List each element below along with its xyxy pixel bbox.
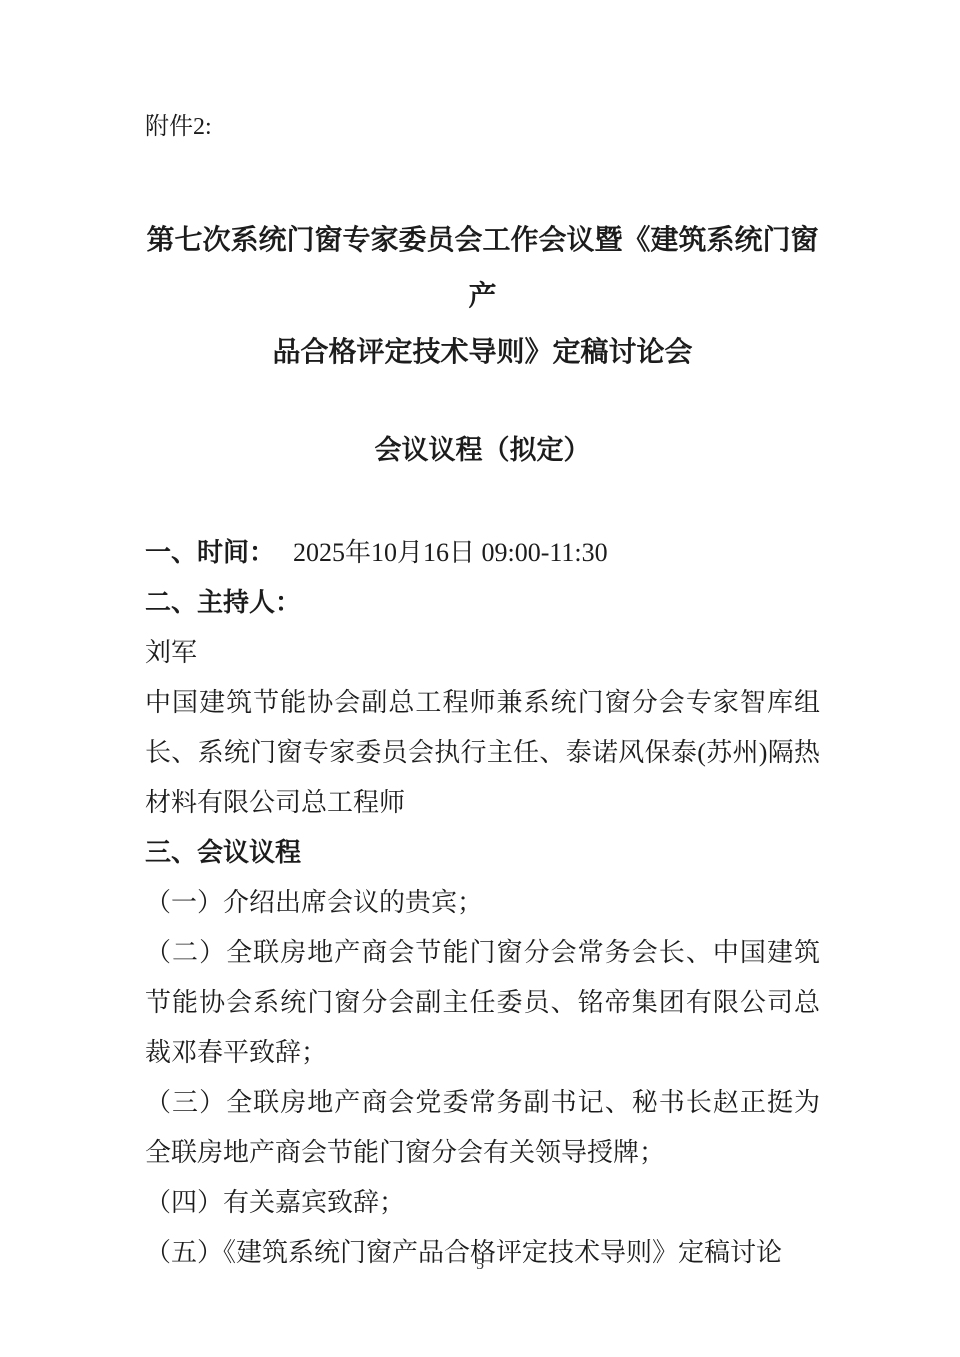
document-title: 第七次系统门窗专家委员会工作会议暨《建筑系统门窗产 品合格评定技术导则》定稿讨论… — [145, 213, 820, 381]
agenda-item-2: （二）全联房地产商会节能门窗分会常务会长、中国建筑节能协会系统门窗分会副主任委员… — [145, 928, 820, 1078]
host-label: 二、主持人： — [145, 588, 301, 617]
page-number: 5 — [0, 1255, 960, 1275]
attachment-label: 附件2: — [145, 112, 820, 142]
time-value: 2025年10月16日 09:00-11:30 — [293, 538, 608, 567]
agenda-label: 三、会议议程 — [145, 838, 301, 867]
agenda-section-label: 三、会议议程 — [145, 828, 820, 878]
time-label: 一、时间： — [145, 538, 275, 567]
time-section: 一、时间：2025年10月16日 09:00-11:30 — [145, 528, 820, 578]
host-bio: 中国建筑节能协会副总工程师兼系统门窗分会专家智库组长、系统门窗专家委员会执行主任… — [145, 678, 820, 828]
document-body: 一、时间：2025年10月16日 09:00-11:30 二、主持人： 刘军 中… — [145, 528, 820, 1278]
document-page: 附件2: 第七次系统门窗专家委员会工作会议暨《建筑系统门窗产 品合格评定技术导则… — [0, 0, 960, 1357]
agenda-heading: 会议议程（拟定） — [145, 425, 820, 475]
document-title-line-1: 第七次系统门窗专家委员会工作会议暨《建筑系统门窗产 — [146, 225, 818, 312]
agenda-item-1: （一）介绍出席会议的贵宾； — [145, 878, 820, 928]
agenda-item-3: （三）全联房地产商会党委常务副书记、秘书长赵正挺为全联房地产商会节能门窗分会有关… — [145, 1078, 820, 1178]
agenda-item-4: （四）有关嘉宾致辞； — [145, 1178, 820, 1228]
host-name: 刘军 — [145, 628, 820, 678]
document-title-line-2: 品合格评定技术导则》定稿讨论会 — [272, 337, 692, 368]
host-section-label: 二、主持人： — [145, 578, 820, 628]
